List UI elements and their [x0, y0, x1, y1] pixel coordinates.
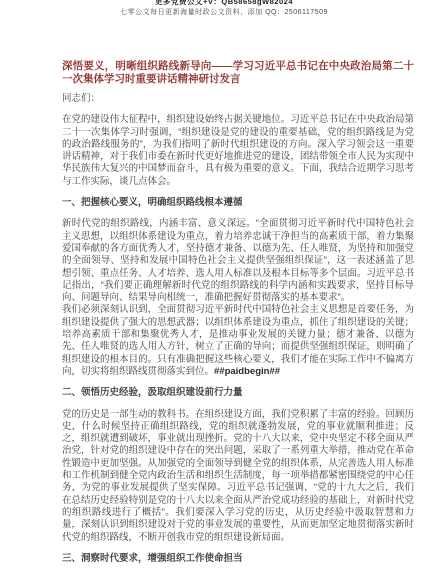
paragraph: 党的历史是一部生动的教科书。在组织建设方面，我们党积累了丰富的经验。回顾历史，什…: [62, 409, 414, 544]
header-watermark-line1: 更多党费公文+V：QB58658gW82024: [0, 0, 448, 6]
section-heading: 一、把握核心要义，明确组织路线根本遵循: [62, 197, 414, 209]
paragraph: 在党的建设伟大征程中，组织建设始终占据关键地位。习近平总书记在中央政治局第二十一…: [62, 114, 414, 188]
section-heading: 二、领悟历史经验，汲取组织建设前行力量: [62, 387, 414, 399]
section-heading: 三、洞察时代要求，增强组织工作使命担当: [62, 553, 414, 565]
document-title: 深悟要义，明晰组织路线新导向——学习习近平总书记在中央政治局第二十一次集体学习时…: [62, 60, 414, 85]
paragraph: 新时代党的组织路线，内涵丰富、意义深远。“全面贯彻习近平新时代中国特色社会主义思…: [62, 218, 414, 304]
document-content: 深悟要义，明晰组织路线新导向——学习习近平总书记在中央政治局第二十一次集体学习时…: [0, 60, 448, 565]
document-page: 更多党费公文+V：QB58658gW82024 七零公文每日更新海量时政公文资料…: [0, 0, 448, 580]
header-watermark: 更多党费公文+V：QB58658gW82024 七零公文每日更新海量时政公文资料…: [0, 0, 448, 17]
paragraph: 同志们：: [62, 93, 414, 105]
paragraph: 我们必须深刻认识到，全面贯彻习近平新时代中国特色社会主义思想是首要任务，为组织建…: [62, 304, 414, 378]
paid-marker: ##paidbegin##: [214, 366, 280, 377]
document-body: 同志们：在党的建设伟大征程中，组织建设始终占据关键地位。习近平总书记在中央政治局…: [62, 93, 414, 565]
header-watermark-line2: 七零公文每日更新海量时政公文资料，添加 QQ：2506117509: [0, 8, 448, 17]
